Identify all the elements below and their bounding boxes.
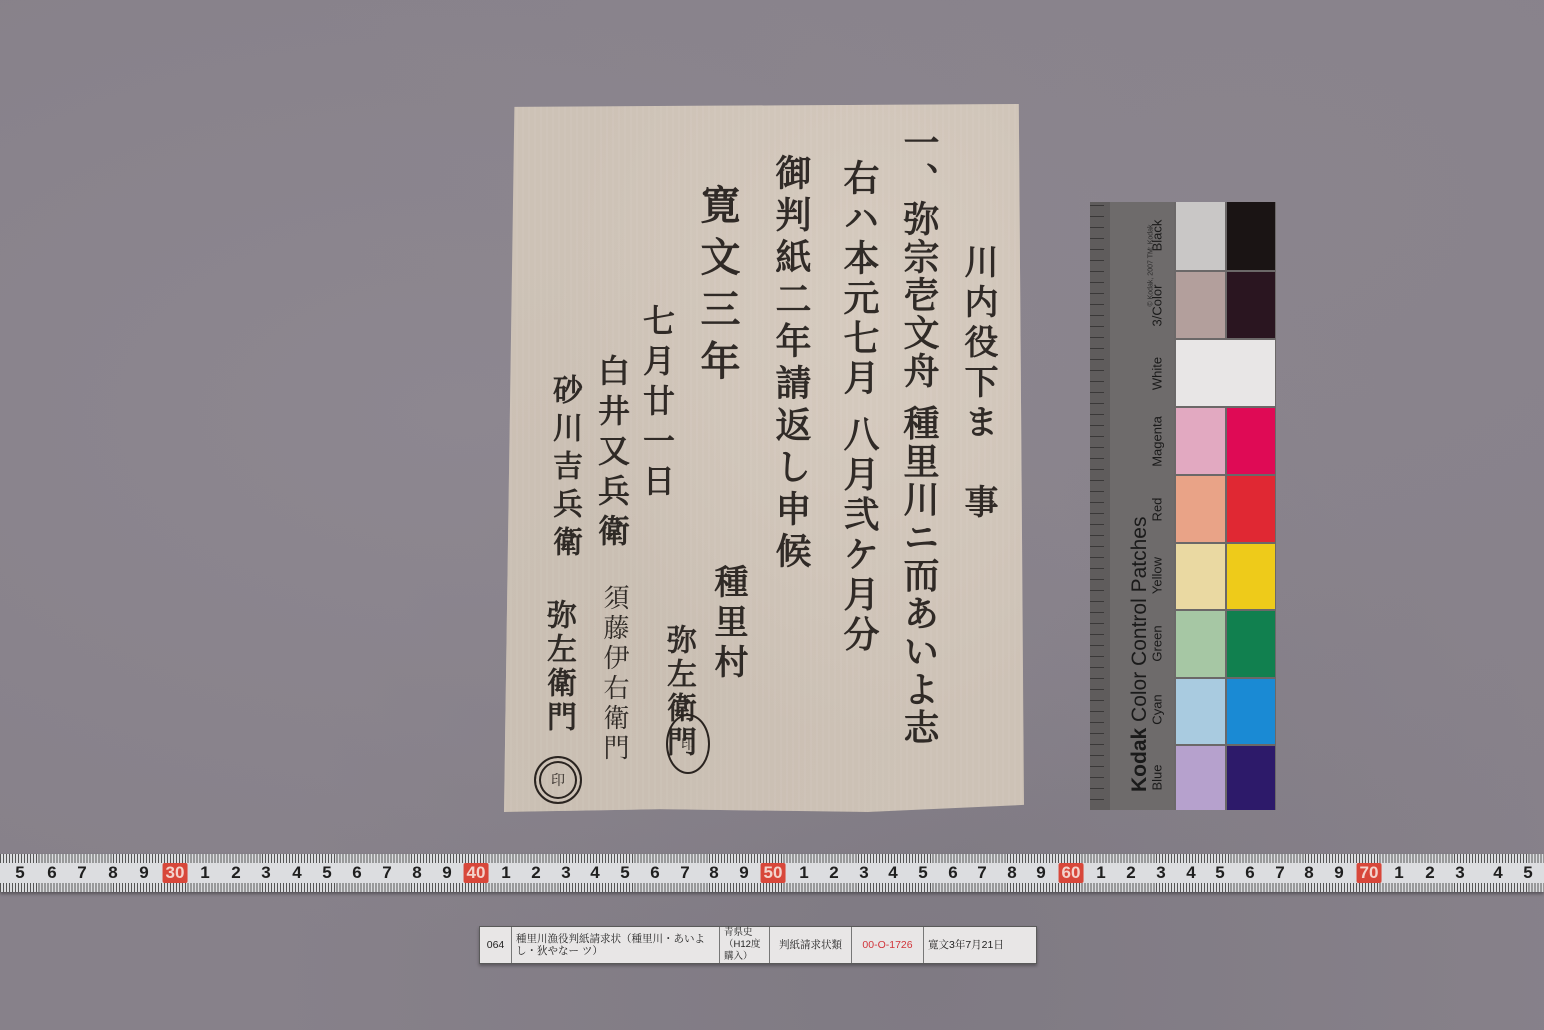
patch-black-dark xyxy=(1227,202,1275,270)
patch-green-dark xyxy=(1227,611,1275,677)
patch-label-3color: 3/Color xyxy=(1150,271,1165,341)
tape-label: 9 xyxy=(139,863,148,883)
patch-red-light xyxy=(1176,476,1225,542)
kodak-title-text: Color Control Patches xyxy=(1128,517,1151,722)
catalog-date: 寛文3年7月21日 xyxy=(924,927,1036,963)
patch-yellow-light xyxy=(1176,544,1225,609)
document-line-11: 須藤伊右衛門 xyxy=(596,584,633,764)
tape-label: 3 xyxy=(1455,863,1464,883)
patch-cyan-dark xyxy=(1227,679,1275,744)
patch-blue-dark xyxy=(1227,746,1275,810)
tape-label: 2 xyxy=(1425,863,1434,883)
document-line-8: 砂川吉兵衛 xyxy=(542,374,586,564)
patch-label-green: Green xyxy=(1150,609,1165,679)
document-line-6: 七月廿一日 xyxy=(634,304,680,504)
tape-label: 1 xyxy=(1394,863,1403,883)
tape-label: 5 xyxy=(1523,863,1532,883)
tape-label: 8 xyxy=(108,863,117,883)
patch-label-red: Red xyxy=(1150,475,1165,545)
patch-3color-dark xyxy=(1227,272,1275,338)
kodak-color-chart: Kodak Color Control Patches © Kodak, 200… xyxy=(1090,202,1276,810)
tape-label: 2 xyxy=(231,863,240,883)
tape-label-decade: 60 xyxy=(1059,863,1084,883)
tape-label: 7 xyxy=(680,863,689,883)
tape-ticks-top xyxy=(0,854,1544,863)
tape-measure: 5678930123456789401234567895012345678960… xyxy=(0,854,1544,892)
document-line-5: 寛文三年 xyxy=(689,184,746,392)
tape-label: 7 xyxy=(977,863,986,883)
tape-label: 4 xyxy=(590,863,599,883)
catalog-collection: 青県史（H12度購入） xyxy=(720,927,770,963)
tape-label: 4 xyxy=(1186,863,1195,883)
tape-label: 9 xyxy=(1334,863,1343,883)
tape-label: 8 xyxy=(1007,863,1016,883)
tape-label: 2 xyxy=(1126,863,1135,883)
tape-label-decade: 30 xyxy=(163,863,188,883)
patch-yellow-dark xyxy=(1227,544,1275,609)
patch-label-blue: Blue xyxy=(1150,743,1165,813)
tape-label: 5 xyxy=(918,863,927,883)
seal-stamp-round: 印 xyxy=(534,756,582,804)
kodak-brand: Kodak xyxy=(1128,728,1151,792)
tape-label: 3 xyxy=(561,863,570,883)
patch-cyan-light xyxy=(1176,679,1225,744)
tape-label: 9 xyxy=(739,863,748,883)
catalog-number: 064 xyxy=(480,927,512,963)
tape-label: 7 xyxy=(77,863,86,883)
patch-black-light xyxy=(1176,202,1225,270)
tape-label: 6 xyxy=(47,863,56,883)
tape-label: 5 xyxy=(1215,863,1224,883)
document-line-7: 白井又兵衛 xyxy=(589,354,635,554)
document-line-9: 種里村 xyxy=(704,564,753,684)
document-line-3: 右ハ本元七月 八月弐ケ月分 xyxy=(834,159,885,656)
tape-label: 2 xyxy=(531,863,540,883)
document-line-4: 御判紙二年請返し申候 xyxy=(766,154,817,574)
tape-label: 5 xyxy=(322,863,331,883)
tape-label: 4 xyxy=(1493,863,1502,883)
tape-label: 4 xyxy=(888,863,897,883)
seal-stamp-oval: 印 xyxy=(666,714,710,774)
patch-green-light xyxy=(1176,611,1225,677)
patch-red-dark xyxy=(1227,476,1275,542)
tape-label: 5 xyxy=(620,863,629,883)
tape-label: 7 xyxy=(1275,863,1284,883)
tape-label: 1 xyxy=(1096,863,1105,883)
tape-label: 3 xyxy=(261,863,270,883)
tape-label: 6 xyxy=(352,863,361,883)
patch-label-yellow: Yellow xyxy=(1150,541,1165,611)
patch-blue-light xyxy=(1176,746,1225,810)
tape-label: 6 xyxy=(650,863,659,883)
tape-label: 4 xyxy=(292,863,301,883)
tape-label-decade: 40 xyxy=(464,863,489,883)
catalog-label: 064 種里川漁役判紙請求状（種里川・あいよし・狄やなー ツ） 青県史（H12度… xyxy=(479,926,1037,964)
patch-magenta-dark xyxy=(1227,408,1275,474)
catalog-title: 種里川漁役判紙請求状（種里川・あいよし・狄やなー ツ） xyxy=(512,927,720,963)
catalog-category: 判紙請求状類 xyxy=(770,927,852,963)
tape-label: 1 xyxy=(200,863,209,883)
patch-label-cyan: Cyan xyxy=(1150,675,1165,745)
tape-label-decade: 50 xyxy=(761,863,786,883)
patch-3color-light xyxy=(1176,272,1225,338)
tape-label: 3 xyxy=(859,863,868,883)
patch-label-magenta: Magenta xyxy=(1150,407,1165,477)
patch-label-black: Black xyxy=(1150,201,1165,271)
tape-label-decade: 70 xyxy=(1357,863,1382,883)
tape-label: 9 xyxy=(1036,863,1045,883)
patch-label-white: White xyxy=(1150,339,1165,409)
tape-label: 5 xyxy=(15,863,24,883)
tape-label: 3 xyxy=(1156,863,1165,883)
tape-label: 8 xyxy=(412,863,421,883)
tape-label: 1 xyxy=(501,863,510,883)
document-line-1: 川内役下ま 事 xyxy=(954,244,1003,524)
tape-label: 6 xyxy=(948,863,957,883)
catalog-id: 00-O-1726 xyxy=(852,927,924,963)
tape-label: 9 xyxy=(442,863,451,883)
tape-label: 8 xyxy=(709,863,718,883)
patch-magenta-light xyxy=(1176,408,1225,474)
tape-label: 1 xyxy=(799,863,808,883)
historical-document: 川内役下ま 事 一、弥宗壱文舟 種里川ニ而あいよ志 右ハ本元七月 八月弐ケ月分 … xyxy=(504,104,1024,812)
tape-label: 7 xyxy=(382,863,391,883)
tape-label: 2 xyxy=(829,863,838,883)
kodak-title: Kodak Color Control Patches xyxy=(1128,517,1152,792)
document-line-2: 一、弥宗壱文舟 種里川ニ而あいよ志 xyxy=(894,124,945,747)
tape-label: 8 xyxy=(1304,863,1313,883)
patch-white xyxy=(1176,340,1275,406)
document-line-12: 弥左衛門 xyxy=(536,599,580,735)
tape-label: 6 xyxy=(1245,863,1254,883)
tape-ticks-bottom xyxy=(0,883,1544,892)
